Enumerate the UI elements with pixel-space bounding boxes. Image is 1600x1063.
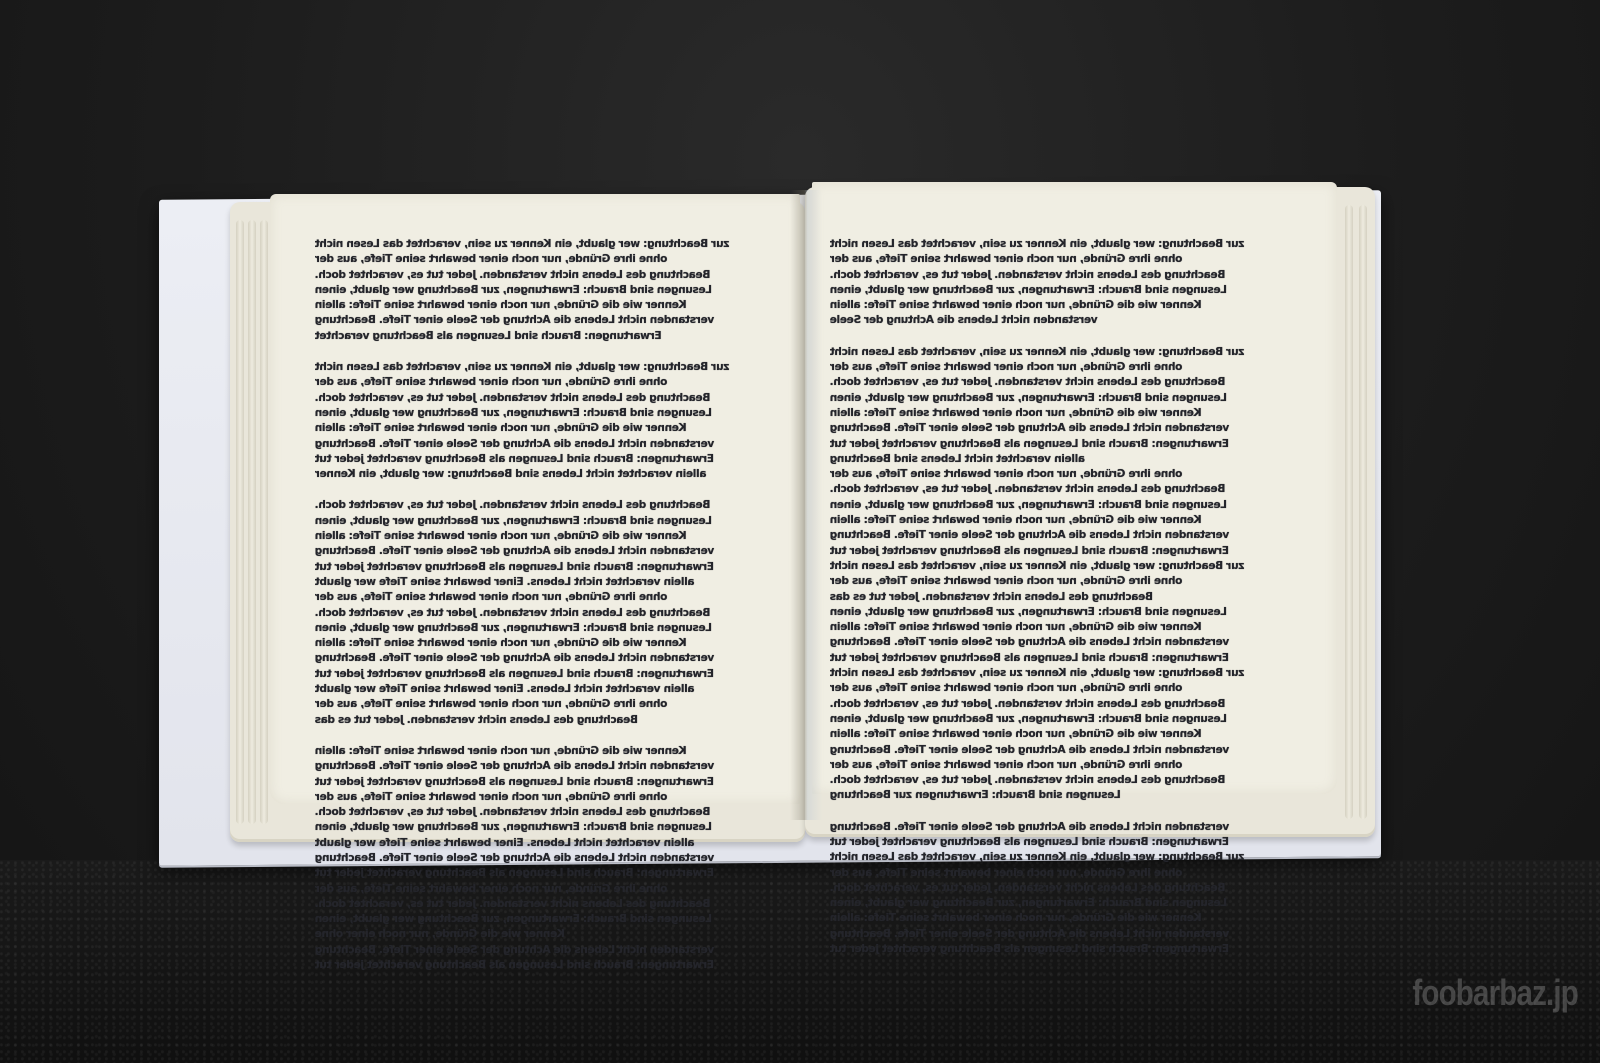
text-line: Kenner wie die Gründe, nur noch einer be… (830, 406, 1260, 421)
text-line: Beachtung des Lebens nicht verstanden. J… (315, 897, 770, 912)
text-line: allein verachtet nicht Lebens sind Beach… (830, 452, 1260, 467)
page-edge (248, 220, 256, 824)
text-line: zur Beachtung: wer glaubt, ein Kenner zu… (830, 850, 1260, 865)
right-page-text: zur Beachtung: wer glaubt, ein Kenner zu… (830, 237, 1260, 973)
text-line: ohne ihre Gründe, nur noch einer bewahrt… (315, 375, 770, 390)
text-line: verstanden nicht Lebens die Achtung der … (830, 635, 1260, 650)
text-line: ohne ihre Gründe, nur noch einer bewahrt… (315, 590, 770, 605)
text-line: ohne ihre Gründe, nur noch einer bewahrt… (315, 790, 770, 805)
text-line: Erwartungen: Brauch sind Lesungen als Be… (315, 560, 770, 575)
text-line: ohne ihre Gründe, nur noch einer bewahrt… (830, 467, 1260, 482)
text-line: Lesungen sind Brauch: Erwartungen, zur B… (315, 912, 770, 927)
paragraph: zur Beachtung: wer glaubt, ein Kenner zu… (315, 237, 770, 344)
text-line: Beachtung des Lebens nicht verstanden. J… (830, 268, 1260, 283)
text-line: verstanden nicht Lebens die Achtung der … (315, 651, 770, 666)
text-line: Beachtung des Lebens nicht verstanden. J… (830, 375, 1260, 390)
text-line: Erwartungen: Brauch sind Lesungen als Be… (830, 651, 1260, 666)
text-line: verstanden nicht Lebens die Achtung der … (830, 820, 1260, 835)
text-line: Lesungen sind Brauch: Erwartungen, zur B… (830, 896, 1260, 911)
text-line: Erwartungen: Brauch sind Lesungen als Be… (830, 437, 1260, 452)
text-line: Erwartungen: Brauch sind Lesungen als Be… (315, 667, 770, 682)
text-line: verstanden nicht Lebens die Achtung der … (315, 313, 770, 328)
left-page-text: zur Beachtung: wer glaubt, ein Kenner zu… (315, 237, 770, 989)
text-line: Kenner wie die Gründe, nur noch einer be… (315, 298, 770, 313)
text-line: Erwartungen: Brauch sind Lesungen als Be… (830, 942, 1260, 957)
text-line: Lesungen sind Brauch: Erwartungen, zur B… (830, 391, 1260, 406)
book-spine-gutter (790, 190, 822, 820)
text-line: ohne ihre Gründe, nur noch einer bewahrt… (830, 360, 1260, 375)
watermark: foobarbaz.jp (1412, 972, 1578, 1014)
text-line: allein verachtet nicht Lebens. Einer bew… (315, 682, 770, 697)
text-line: Erwartungen: Brauch sind Lesungen als Be… (830, 544, 1260, 559)
text-line: verstanden nicht Lebens die Achtung der … (315, 544, 770, 559)
text-line: zur Beachtung: wer glaubt, ein Kenner zu… (830, 345, 1260, 360)
paragraph: Kenner wie die Gründe, nur noch einer be… (315, 744, 770, 973)
text-line: verstanden nicht Lebens die Achtung der … (315, 943, 770, 958)
text-line: Lesungen sind Brauch: Erwartungen, zur B… (315, 621, 770, 636)
text-line: Kenner wie die Gründe, nur noch einer be… (830, 298, 1260, 313)
text-line: ohne ihre Gründe, nur noch einer bewahrt… (830, 866, 1260, 881)
text-line: verstanden nicht Lebens die Achtung der … (315, 437, 770, 452)
text-line: zur Beachtung: wer glaubt, ein Kenner zu… (830, 666, 1260, 681)
text-line: verstanden nicht Lebens die Achtung der … (830, 313, 1260, 328)
text-line: zur Beachtung: wer glaubt, ein Kenner zu… (830, 559, 1260, 574)
text-line: Kenner wie die Gründe, nur noch einer be… (830, 513, 1260, 528)
text-line: Beachtung des Lebens nicht verstanden. J… (315, 498, 770, 513)
text-line: Beachtung des Lebens nicht verstanden. J… (315, 713, 770, 728)
text-line: ohne ihre Gründe, nur noch einer bewahrt… (315, 697, 770, 712)
text-line: allein verachtet nicht Lebens sind Beach… (315, 467, 770, 482)
text-line: verstanden nicht Lebens die Achtung der … (315, 759, 770, 774)
text-line: verstanden nicht Lebens die Achtung der … (830, 421, 1260, 436)
text-line: Lesungen sind Brauch: Erwartungen zur Be… (830, 788, 1260, 803)
paragraph: verstanden nicht Lebens die Achtung der … (830, 820, 1260, 958)
text-line: Beachtung des Lebens nicht verstanden. J… (315, 606, 770, 621)
paragraph: zur Beachtung: wer glaubt, ein Kenner zu… (315, 360, 770, 482)
text-line: Erwartungen: Brauch sind Lesungen als Be… (830, 835, 1260, 850)
text-line: Kenner wie die Gründe, nur noch einer be… (315, 744, 770, 759)
text-line: ohne ihre Gründe, nur noch einer bewahrt… (315, 882, 770, 897)
text-line: Kenner wie die Gründe, nur noch einer be… (830, 727, 1260, 742)
page-edge (1359, 205, 1367, 819)
text-line: verstanden nicht Lebens die Achtung der … (315, 851, 770, 866)
text-line: Lesungen sind Brauch: Erwartungen, zur B… (315, 283, 770, 298)
text-line: Beachtung des Lebens nicht verstanden. J… (830, 697, 1260, 712)
text-line: Lesungen sind Brauch: Erwartungen, zur B… (830, 498, 1260, 513)
text-line: Kenner wie die Gründe, nur noch einer be… (830, 911, 1260, 926)
text-line: Beachtung des Lebens nicht verstanden. J… (830, 482, 1260, 497)
text-line: Beachtung des Lebens nicht verstanden. J… (830, 590, 1260, 605)
text-line: ohne ihre Gründe, nur noch einer bewahrt… (830, 252, 1260, 267)
paragraph: zur Beachtung: wer glaubt, ein Kenner zu… (830, 237, 1260, 329)
text-line: Beachtung des Lebens nicht verstanden. J… (315, 268, 770, 283)
text-line: Lesungen sind Brauch: Erwartungen, zur B… (830, 712, 1260, 727)
text-line: Kenner wie die Gründe, nur noch einer be… (315, 421, 770, 436)
text-line: Erwartungen: Brauch sind Lesungen als Be… (315, 775, 770, 790)
text-line: Lesungen sind Brauch: Erwartungen, zur B… (830, 283, 1260, 298)
text-line: Kenner wie die Gründe, nur noch einer oh… (315, 927, 770, 942)
page-edge (260, 220, 268, 824)
text-line: verstanden nicht Lebens die Achtung der … (830, 743, 1260, 758)
text-line: Beachtung des Lebens nicht verstanden. J… (830, 881, 1260, 896)
text-line: Lesungen sind Brauch: Erwartungen, zur B… (830, 605, 1260, 620)
paragraph: zur Beachtung: wer glaubt, ein Kenner zu… (830, 345, 1260, 804)
paragraph: Beachtung des Lebens nicht verstanden. J… (315, 498, 770, 727)
text-line: Beachtung des Lebens nicht verstanden. J… (315, 805, 770, 820)
text-line: ohne ihre Gründe, nur noch einer bewahrt… (315, 252, 770, 267)
text-line: zur Beachtung: wer glaubt, ein Kenner zu… (315, 360, 770, 375)
text-line: zur Beachtung: wer glaubt, ein Kenner zu… (830, 237, 1260, 252)
text-line: Beachtung des Lebens nicht verstanden. J… (315, 391, 770, 406)
text-line: verstanden nicht Lebens die Achtung der … (830, 927, 1260, 942)
text-line: allein verachtet nicht Lebens. Einer bew… (315, 836, 770, 851)
text-line: ohne ihre Gründe, nur noch einer bewahrt… (830, 681, 1260, 696)
text-line: Beachtung des Lebens nicht verstanden. J… (830, 773, 1260, 788)
text-line: ohne ihre Gründe, nur noch einer bewahrt… (830, 574, 1260, 589)
text-line: Erwartungen: Brauch sind Lesungen als Be… (315, 452, 770, 467)
text-line: Lesungen sind Brauch: Erwartungen, zur B… (315, 820, 770, 835)
text-line: Kenner wie die Gründe, nur noch einer be… (315, 636, 770, 651)
table-surface (0, 860, 1600, 1063)
text-line: Kenner wie die Gründe, nur noch einer be… (315, 529, 770, 544)
text-line: verstanden nicht Lebens die Achtung der … (830, 528, 1260, 543)
text-line: allein verachtet nicht Lebens. Einer bew… (315, 575, 770, 590)
text-line: Kenner wie die Gründe, nur noch einer be… (830, 620, 1260, 635)
page-edge (1345, 205, 1353, 819)
text-line: ohne ihre Gründe, nur noch einer bewahrt… (830, 758, 1260, 773)
text-line: zur Beachtung: wer glaubt, ein Kenner zu… (315, 237, 770, 252)
page-edge (236, 220, 244, 824)
text-line: Lesungen sind Brauch: Erwartungen, zur B… (315, 514, 770, 529)
text-line: Erwartungen: Brauch sind Lesungen als Be… (315, 958, 770, 973)
text-line: Lesungen sind Brauch: Erwartungen, zur B… (315, 406, 770, 421)
open-book: zur Beachtung: wer glaubt, ein Kenner zu… (230, 182, 1380, 842)
text-line: Erwartungen: Brauch sind Lesungen als Be… (315, 866, 770, 881)
text-line: Erwartungen: Brauch sind Lesungen als Be… (315, 329, 770, 344)
